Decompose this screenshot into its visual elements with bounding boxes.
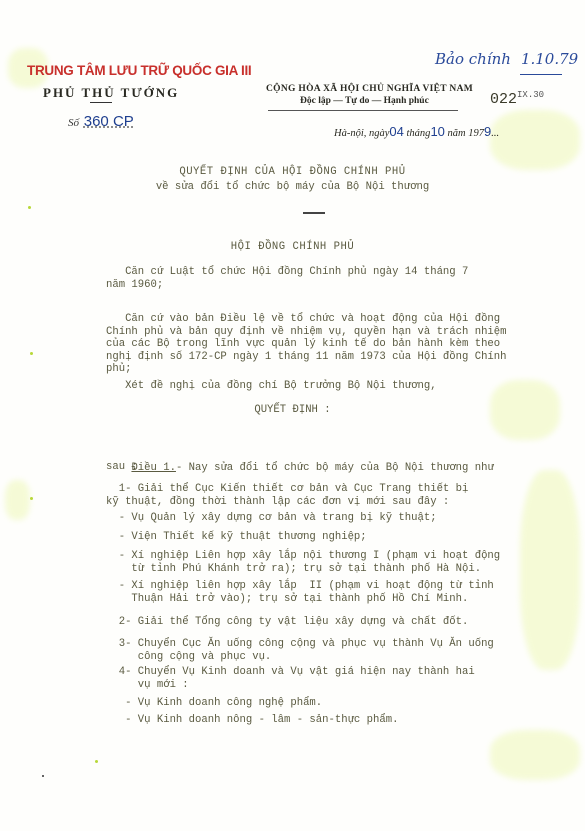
item-line: vụ mới : <box>106 679 189 692</box>
month-value: 10 <box>430 124 444 139</box>
item-line: - Xí nghiệp liên hợp xây lắp II (phạm vi… <box>106 580 494 593</box>
item-line: từ tỉnh Phú Khánh trở ra); trụ sở tại th… <box>106 563 481 576</box>
item-line: 4- Chuyển Vụ Kinh doanh và Vụ vật giá hi… <box>106 666 475 679</box>
preamble-line: Chính phủ và bản quy định về nhiệm vụ, q… <box>106 326 507 339</box>
scan-speck <box>30 497 33 500</box>
scan-stain <box>520 470 580 670</box>
registration-stamp: 022IX.30 <box>490 90 544 108</box>
item-line: - Vụ Kinh doanh nông - lâm - sản-thực ph… <box>106 714 398 727</box>
item-line: Thuận Hải trở vào); trụ sở tại thành phố… <box>106 593 468 606</box>
scanned-document-page: TRUNG TÂM LƯU TRỮ QUỐC GIA III PHỦ THỦ T… <box>0 0 585 831</box>
national-divider <box>268 110 458 111</box>
document-title: QUYẾT ĐỊNH CỦA HỘI ĐỒNG CHÍNH PHỦ <box>0 166 585 179</box>
agency-divider <box>90 102 112 103</box>
item-line: 2- Giải thể Tổng công ty vật liệu xây dự… <box>106 616 468 629</box>
scan-speck <box>95 760 98 763</box>
scan-stain <box>490 730 580 780</box>
item-line: kỹ thuật, đồng thời thành lập các đơn vị… <box>106 496 449 509</box>
national-title: CỘNG HÒA XÃ HỘI CHỦ NGHĨA VIỆT NAM <box>266 84 473 94</box>
preamble-line: nghị định số 172-CP ngày 1 tháng 11 năm … <box>106 351 507 364</box>
preamble-line: của các Bộ trong lĩnh vực quản lý kinh t… <box>106 338 500 351</box>
scan-speck <box>28 206 31 209</box>
day-value: 04 <box>389 124 403 139</box>
scan-stain <box>5 480 30 520</box>
issuing-agency: PHỦ THỦ TƯỚNG <box>43 85 179 101</box>
scan-speck <box>42 775 44 777</box>
document-subtitle: về sửa đổi tổ chức bộ máy của Bộ Nội thư… <box>0 181 585 194</box>
preamble-line: phủ; <box>106 363 131 376</box>
month-label: tháng <box>407 128 431 139</box>
place: Hà-nội, <box>334 128 366 139</box>
preamble-line: Xét đề nghị của đồng chí Bộ trưởng Bộ Nộ… <box>106 380 437 393</box>
article-1-continuation: sau : <box>106 461 138 474</box>
received-annotation: Bảo chính1.10.79 <box>435 50 578 68</box>
registration-number: 022 <box>490 91 517 108</box>
title-divider <box>303 212 325 214</box>
year-prefix: 197 <box>468 128 484 139</box>
scan-stain <box>490 110 580 170</box>
preamble-line: năm 1960; <box>106 279 163 292</box>
document-number-label: Số <box>68 117 79 129</box>
document-number-value: 360 CP <box>84 113 134 130</box>
document-number: Số 360 CP <box>68 113 134 130</box>
item-line: - Vụ Kinh doanh công nghệ phẩm. <box>106 697 322 710</box>
item-line: 3- Chuyển Cục Ăn uống công cộng và phục … <box>106 638 494 651</box>
year-label: năm <box>448 128 466 139</box>
article-1: Điều 1.- Nay sửa đổi tổ chức bộ máy của … <box>106 449 494 487</box>
registration-date: IX.30 <box>517 90 544 100</box>
article-1-text: - Nay sửa đổi tổ chức bộ máy của Bộ Nội … <box>176 462 494 474</box>
received-underline <box>520 74 562 75</box>
issuer-heading: HỘI ĐỒNG CHÍNH PHỦ <box>0 241 585 254</box>
item-line: công cộng và phục vụ. <box>106 651 271 664</box>
preamble-line: Căn cứ vào bản Điều lệ về tổ chức và hoạ… <box>106 313 500 326</box>
article-1-label: Điều 1. <box>131 462 176 474</box>
item-line: 1- Giải thể Cục Kiến thiết cơ bản và Cục… <box>106 483 468 496</box>
year-suffix: 9 <box>484 124 491 139</box>
item-line: - Xí nghiệp Liên hợp xây lắp nội thương … <box>106 550 500 563</box>
place-and-date: Hà-nội, ngày04 tháng10 năm 1979... <box>334 124 499 139</box>
decision-heading: QUYẾT ĐỊNH : <box>0 404 585 417</box>
national-motto: Độc lập — Tự do — Hạnh phúc <box>300 96 429 106</box>
received-note-text: Bảo chính <box>435 50 511 68</box>
day-label: ngày <box>369 128 389 139</box>
preamble-line: Căn cứ Luật tổ chức Hội đồng Chính phủ n… <box>106 266 468 279</box>
archive-stamp: TRUNG TÂM LƯU TRỮ QUỐC GIA III <box>27 63 251 78</box>
scan-speck <box>30 352 33 355</box>
item-line: - Vụ Quản lý xây dựng cơ bản và trang bị… <box>106 512 437 525</box>
item-line: - Viện Thiết kế kỹ thuật thương nghiệp; <box>106 531 367 544</box>
received-date: 1.10.79 <box>521 50 578 68</box>
